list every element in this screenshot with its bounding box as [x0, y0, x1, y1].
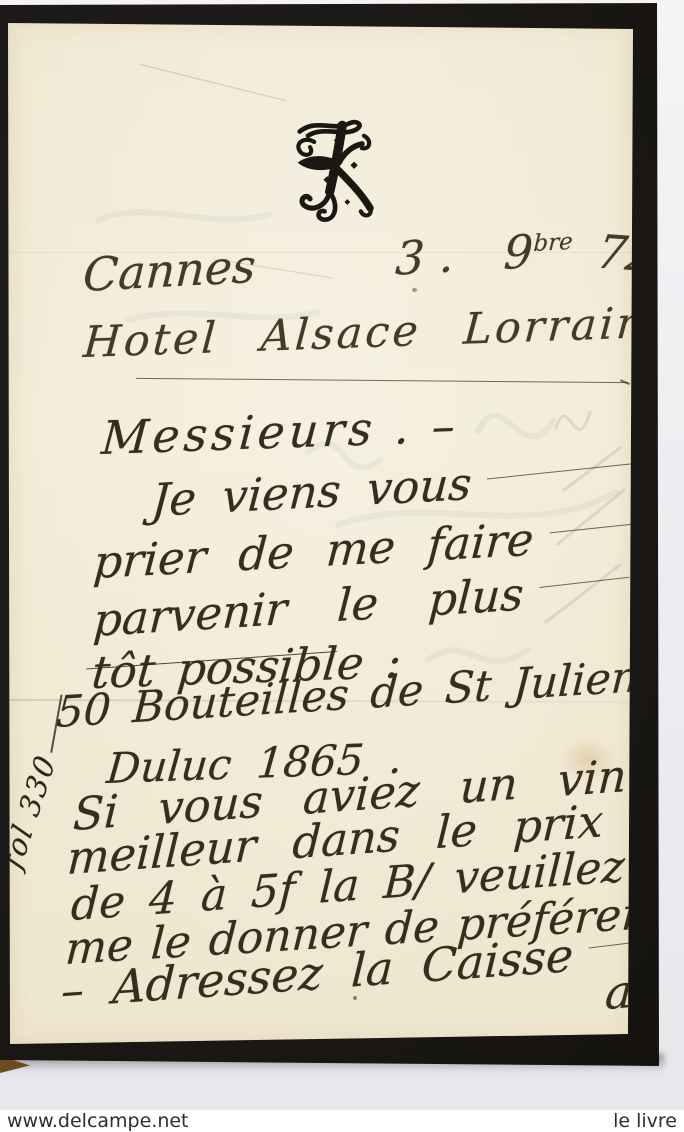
date-line: Cannes3 .9bre72 — [82, 222, 633, 298]
watermark-bar: www.delcampe.net le livre — [0, 1110, 684, 1132]
salutation-line: Messieurs . – — [100, 402, 461, 461]
monogram-icon — [285, 115, 389, 231]
folio-annotation: fol 330 — [8, 747, 62, 873]
letter-paper: Cannes3 .9bre72 Hotel Alsace Lorraine Me… — [8, 20, 633, 1046]
watermark-category-text: le livre — [613, 1110, 677, 1132]
paper-scratch — [140, 64, 286, 101]
body-line: Je viens vous — [150, 452, 633, 523]
address-underline — [136, 378, 628, 383]
date-day: 3 . — [394, 228, 455, 285]
date-month-suffix: bre — [533, 229, 574, 257]
place-text: Cannes — [82, 239, 257, 302]
date-month: 9 — [502, 224, 534, 280]
hotel-address-line: Hotel Alsace Lorraine — [82, 301, 633, 365]
paper-speck — [412, 288, 417, 292]
date-month-group: 9bre — [502, 222, 573, 280]
photo-background: Cannes3 .9bre72 Hotel Alsace Lorraine Me… — [0, 0, 684, 1132]
date-year: 72 — [594, 228, 633, 278]
watermark-site-text: www.delcampe.net — [7, 1110, 189, 1132]
